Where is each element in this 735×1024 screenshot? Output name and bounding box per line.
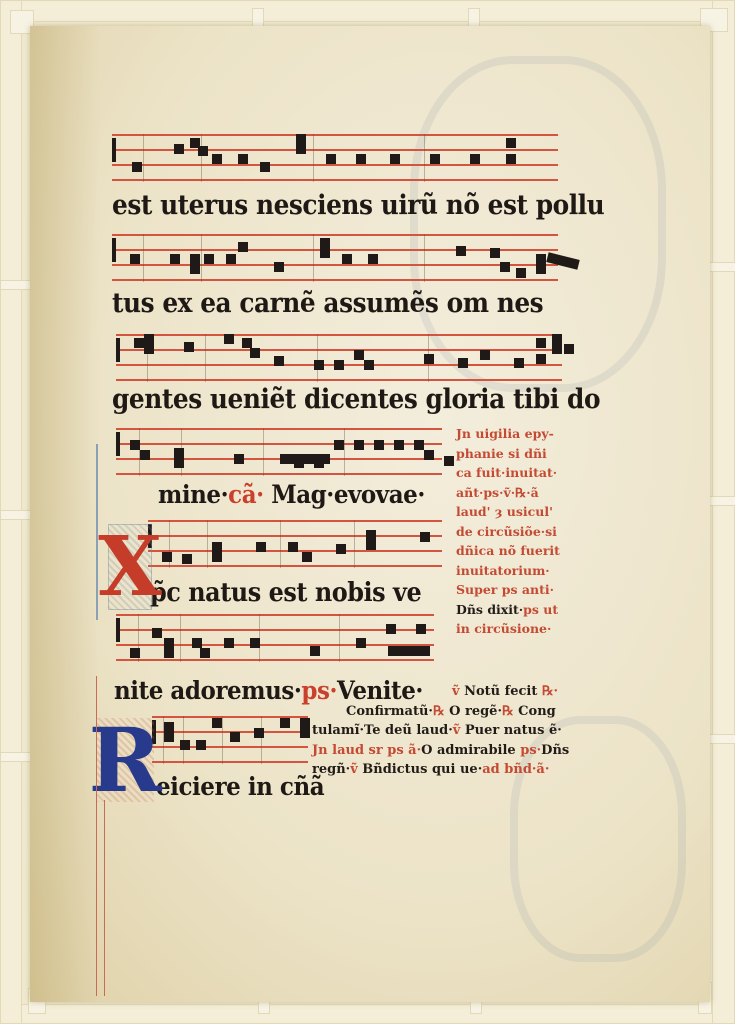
neume-note-icon [364, 360, 374, 370]
neume-note-icon [212, 154, 222, 164]
staff-line [112, 264, 558, 266]
neume-note-icon [164, 638, 174, 658]
neume-note-icon [536, 354, 546, 364]
staff-line [112, 134, 558, 136]
neume-note-icon [234, 454, 244, 464]
illuminated-initial-x: X [108, 524, 152, 610]
neume-note-icon [414, 440, 424, 450]
neume-note-icon [506, 154, 516, 164]
neume-note-icon [368, 254, 378, 264]
ruling-line [313, 234, 314, 282]
neume-note-icon [192, 638, 202, 648]
neume-note-icon [182, 554, 192, 564]
staff-line [152, 761, 308, 763]
chant-text: Dñs [541, 743, 569, 758]
neume-note-icon [536, 338, 546, 348]
pen-flourish [104, 800, 105, 996]
lower-text-line: tulamĩ·Te deũ laud·ṽ Puer natus ẽ· [312, 721, 569, 741]
c-clef-icon [116, 338, 120, 362]
staff-line [148, 565, 442, 567]
ruling-line [313, 134, 314, 182]
rubric-line: laud' ȝ usicul' [456, 502, 560, 522]
music-staff [112, 134, 558, 180]
neume-note-icon [356, 638, 366, 648]
rubric-dark-text: Dñs dixit· [456, 602, 523, 617]
rubric-text: ṽ [453, 723, 465, 738]
neume-note-icon [490, 248, 500, 258]
neume-note-icon [204, 254, 214, 264]
mount-rail-top [0, 0, 735, 22]
neume-note-icon [238, 242, 248, 252]
ruling-line [180, 614, 181, 662]
lyric-line-4: mine·cã· Mag·evovae· [158, 480, 425, 509]
ruling-line [205, 334, 206, 382]
pen-flourish [96, 444, 98, 620]
ruling-line [339, 614, 340, 662]
music-staff [112, 234, 558, 280]
neume-note-icon [366, 530, 376, 550]
neume-note-icon [190, 254, 200, 274]
neume-note-icon [458, 358, 468, 368]
staff-line [112, 179, 558, 181]
c-clef-icon [112, 238, 116, 262]
neume-note-icon [336, 544, 346, 554]
c-clef-icon [116, 618, 120, 642]
ruling-line [222, 716, 223, 764]
chant-text: regñ· [312, 762, 350, 777]
ruling-line [201, 234, 202, 282]
neume-note-icon [280, 454, 290, 464]
c-clef-icon [112, 138, 116, 162]
neume-note-icon [280, 718, 290, 728]
ruling-line [143, 134, 144, 182]
rubric-line: in circũsione· [456, 619, 560, 639]
staff-line [116, 428, 442, 430]
neume-note-icon [334, 440, 344, 450]
chant-text: Bñdictus qui ue· [362, 762, 482, 777]
neume-note-icon [174, 144, 184, 154]
neume-note-icon [564, 344, 574, 354]
neume-note-icon [170, 254, 180, 264]
neume-note-icon [130, 254, 140, 264]
rubric-text: ℞ [502, 704, 518, 719]
rubric-line: añt·ps·ṽ·℞·ã [456, 483, 560, 503]
lyric-line-7: eiciere in cñã [156, 772, 324, 801]
mount-rail-bottom [0, 1004, 735, 1024]
neume-note-icon [302, 552, 312, 562]
neume-note-icon [238, 154, 248, 164]
staff-line [112, 234, 558, 236]
neume-note-icon [320, 238, 330, 258]
parchment-stain [30, 26, 100, 1002]
staff-line [112, 164, 558, 166]
illuminated-initial-r: R [96, 718, 154, 802]
neume-note-icon [300, 718, 310, 738]
ligature-neume-icon [388, 646, 430, 656]
neume-note-icon [390, 154, 400, 164]
neume-note-icon [296, 134, 306, 154]
rubric-column: Jn uigilia epy- phanie si dñi ca fuit·in… [456, 424, 560, 639]
rubric-text: ṽ [452, 684, 464, 699]
neume-note-icon [184, 342, 194, 352]
neume-note-icon [394, 440, 404, 450]
neume-note-icon [314, 360, 324, 370]
rubric-text: ℞ [433, 704, 449, 719]
rubric-text: ṽ [350, 762, 362, 777]
neume-note-icon [516, 268, 526, 278]
lower-text-line: ṽ Notũ fecit ℞· [452, 682, 569, 702]
rubric-line: de circũsiõe·si [456, 522, 560, 542]
neume-note-icon [130, 648, 140, 658]
chant-text: Puer natus ẽ· [465, 723, 562, 738]
staff-line [116, 659, 434, 661]
mount-rail-right [712, 0, 735, 1024]
chant-text: Notũ fecit [464, 684, 542, 699]
neume-note-icon [242, 338, 252, 348]
lyric-line-3: gentes ueniẽt dicentes gloria tibi do [112, 384, 600, 415]
neume-note-icon [230, 732, 240, 742]
c-clef-icon [116, 432, 120, 456]
neume-note-icon [310, 646, 320, 656]
neume-note-icon [164, 722, 174, 742]
ruling-line [280, 520, 281, 568]
neume-note-icon [212, 542, 222, 562]
neume-note-icon [260, 162, 270, 172]
ruling-line [261, 716, 262, 764]
ruling-line [143, 234, 144, 282]
music-staff [116, 334, 562, 380]
neume-note-icon [356, 154, 366, 164]
rubric-line: Jn uigilia epy- [456, 424, 560, 444]
pen-flourish [96, 676, 97, 996]
music-staff [152, 716, 308, 762]
staff-line [152, 746, 308, 748]
ruling-line [317, 334, 318, 382]
neume-note-icon [354, 440, 364, 450]
neume-note-icon [444, 456, 454, 466]
staff-line [116, 349, 562, 351]
neume-note-icon [470, 154, 480, 164]
neume-note-icon [416, 624, 426, 634]
staff-line [116, 614, 434, 616]
rubric-line: inuitatorium· [456, 561, 560, 581]
rubric-text: ℞· [542, 684, 558, 699]
chant-text: O admirabile [421, 743, 520, 758]
lyric-line-1: est uterus nesciens uirũ nõ est pollu [112, 190, 604, 221]
chant-text: Confirmatũ· [346, 704, 433, 719]
chant-text: O regẽ· [449, 704, 502, 719]
neume-note-icon [354, 350, 364, 360]
neume-note-icon [500, 262, 510, 272]
neume-note-icon [420, 532, 430, 542]
chant-text: Cong [518, 704, 556, 719]
neume-note-icon [288, 542, 298, 552]
ruling-line [354, 520, 355, 568]
neume-note-icon [180, 740, 190, 750]
staff-line [112, 279, 558, 281]
neume-note-icon [132, 162, 142, 172]
neume-note-icon [140, 450, 150, 460]
lower-text-line: Confirmatũ·℞ O regẽ·℞ Cong [346, 702, 569, 722]
lower-text-line: regñ·ṽ Bñdictus qui ue·ad bñd·ã· [312, 760, 569, 780]
neume-note-icon [198, 146, 208, 156]
staff-line [148, 520, 442, 522]
mount-tab [0, 280, 34, 290]
music-staff [148, 520, 442, 566]
neume-note-icon [130, 440, 140, 450]
ruling-line [424, 234, 425, 282]
neume-note-icon [430, 154, 440, 164]
staff-line [148, 535, 442, 537]
neume-note-icon [424, 354, 434, 364]
staff-line [116, 379, 562, 381]
neume-note-icon [254, 728, 264, 738]
lyric-text: mine· [158, 480, 228, 509]
neume-note-icon [196, 740, 206, 750]
ruling-line [201, 134, 202, 182]
ligature-neume-icon [290, 454, 330, 464]
neume-note-icon [144, 334, 154, 354]
ruling-line [207, 520, 208, 568]
neume-note-icon [386, 624, 396, 634]
neume-note-icon [552, 334, 562, 354]
neume-note-icon [334, 360, 344, 370]
rubric-line: ca fuit·inuitat· [456, 463, 560, 483]
neume-note-icon [162, 552, 172, 562]
lower-text-line: Jn laud sr ps ã·O admirabile ps·Dñs [312, 741, 569, 761]
lyric-line-5: p̃c natus est nobis ve [150, 578, 421, 608]
chant-text: tulamĩ·Te deũ laud· [312, 723, 453, 738]
rubric-text: ad bñd·ã· [482, 762, 549, 777]
neume-note-icon [342, 254, 352, 264]
lower-text-block: ṽ Notũ fecit ℞·Confirmatũ·℞ O regẽ·℞ Con… [312, 682, 569, 780]
ruling-line [344, 428, 345, 476]
neume-note-icon [274, 356, 284, 366]
neume-note-icon [250, 638, 260, 648]
music-staff [116, 428, 442, 474]
lyric-line-2: tus ex ea carnẽ assumẽs om nes [112, 288, 543, 319]
neume-note-icon [134, 338, 144, 348]
rubric-text: ps· [520, 743, 541, 758]
neume-note-icon [536, 254, 546, 274]
rubric-line: Super ps anti· [456, 580, 560, 600]
lyric-text: nite adoremus· [114, 676, 301, 705]
neume-note-icon [480, 350, 490, 360]
neume-note-icon [174, 448, 184, 468]
neume-note-icon [224, 638, 234, 648]
neume-note-icon [212, 718, 222, 728]
neume-note-icon [326, 154, 336, 164]
rubric-line: phanie si dñi [456, 444, 560, 464]
neume-note-icon [424, 450, 434, 460]
rubric-red-text: ps ut [523, 602, 558, 617]
lyric-text: Mag·evovae· [264, 480, 425, 509]
neume-note-icon [506, 138, 516, 148]
music-staff [116, 614, 434, 660]
neume-note-icon [200, 648, 210, 658]
neume-note-icon [152, 628, 162, 638]
neume-note-icon [226, 254, 236, 264]
rubric-line: dñica nõ fuerit [456, 541, 560, 561]
neume-note-icon [224, 334, 234, 344]
rubric-text: Jn laud sr ps ã· [312, 743, 421, 758]
neume-note-icon [250, 348, 260, 358]
neume-note-icon [456, 246, 466, 256]
neume-note-icon [374, 440, 384, 450]
neume-note-icon [256, 542, 266, 552]
staff-line [116, 334, 562, 336]
neume-note-icon [274, 262, 284, 272]
staff-line [116, 473, 442, 475]
neume-note-icon [514, 358, 524, 368]
staff-line [116, 458, 442, 460]
ruling-line [263, 428, 264, 476]
rubric-line: Dñs dixit·ps ut [456, 600, 560, 620]
rubric-cantus: cã· [228, 480, 264, 509]
ruling-line [424, 134, 425, 182]
